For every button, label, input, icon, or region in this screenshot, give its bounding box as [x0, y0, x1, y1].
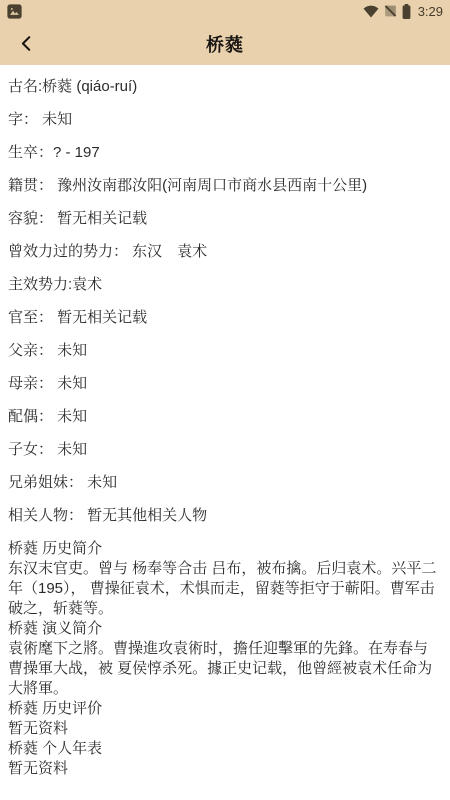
wifi-icon — [363, 5, 379, 18]
field-appearance: 容貌： 暂无相关记载 — [8, 209, 442, 229]
field-served-forces: 曾效力过的势力： 东汉 袁术 — [8, 242, 442, 262]
bio-appraisal-title: 桥蕤 历史评价 — [8, 699, 442, 719]
field-native-place: 籍贯： 豫州汝南郡汝阳(河南周口市商水县西南十公里) — [8, 176, 442, 196]
field-children: 子女： 未知 — [8, 440, 442, 460]
field-courtesy-name: 字： 未知 — [8, 110, 442, 130]
bio-history-text: 东汉末官吏。曾与 杨奉等合击 吕布，被布擒。后归袁术。兴平二年（195）， 曹操… — [8, 559, 442, 619]
field-related-people: 相关人物： 暂无其他相关人物 — [8, 506, 442, 526]
battery-icon — [402, 4, 411, 19]
app-bar: 桥蕤 — [0, 22, 450, 65]
field-highest-office: 官至： 暂无相关记载 — [8, 308, 442, 328]
no-sim-icon — [384, 4, 397, 18]
bio-timeline-title: 桥蕤 个人年表 — [8, 739, 442, 759]
field-main-force: 主效势力:袁术 — [8, 275, 442, 295]
bio-history-title: 桥蕤 历史简介 — [8, 539, 442, 559]
bio-timeline-text: 暂无资料 — [8, 759, 442, 779]
bio-romance-text: 袁術麾下之將。曹操進攻袁術时，擔任迎擊軍的先鋒。在寿春与曹操軍大战，被 夏侯惇杀… — [8, 639, 442, 699]
field-ancient-name: 古名:桥蕤 (qiáo-ruí) — [8, 77, 442, 97]
bio-block: 桥蕤 历史简介 东汉末官吏。曾与 杨奉等合击 吕布，被布擒。后归袁术。兴平二年（… — [8, 539, 442, 779]
status-time: 3:29 — [418, 4, 443, 19]
status-bar: 3:29 — [0, 0, 450, 22]
field-siblings: 兄弟姐妹： 未知 — [8, 473, 442, 493]
phone-screen: 3:29 桥蕤 古名:桥蕤 (qiáo-ruí) 字： 未知 生卒：? - 19… — [0, 0, 450, 800]
field-birth-death: 生卒：? - 197 — [8, 143, 442, 163]
page-title: 桥蕤 — [0, 31, 450, 57]
field-spouse: 配偶： 未知 — [8, 407, 442, 427]
bio-appraisal-text: 暂无资料 — [8, 719, 442, 739]
field-mother: 母亲： 未知 — [8, 374, 442, 394]
screenshot-notification-icon — [7, 4, 22, 19]
back-chevron-icon — [17, 34, 36, 53]
bio-romance-title: 桥蕤 演义简介 — [8, 619, 442, 639]
back-button[interactable] — [6, 22, 46, 65]
header: 3:29 桥蕤 — [0, 0, 450, 65]
biography-content[interactable]: 古名:桥蕤 (qiáo-ruí) 字： 未知 生卒：? - 197 籍贯： 豫州… — [0, 65, 450, 800]
field-father: 父亲： 未知 — [8, 341, 442, 361]
